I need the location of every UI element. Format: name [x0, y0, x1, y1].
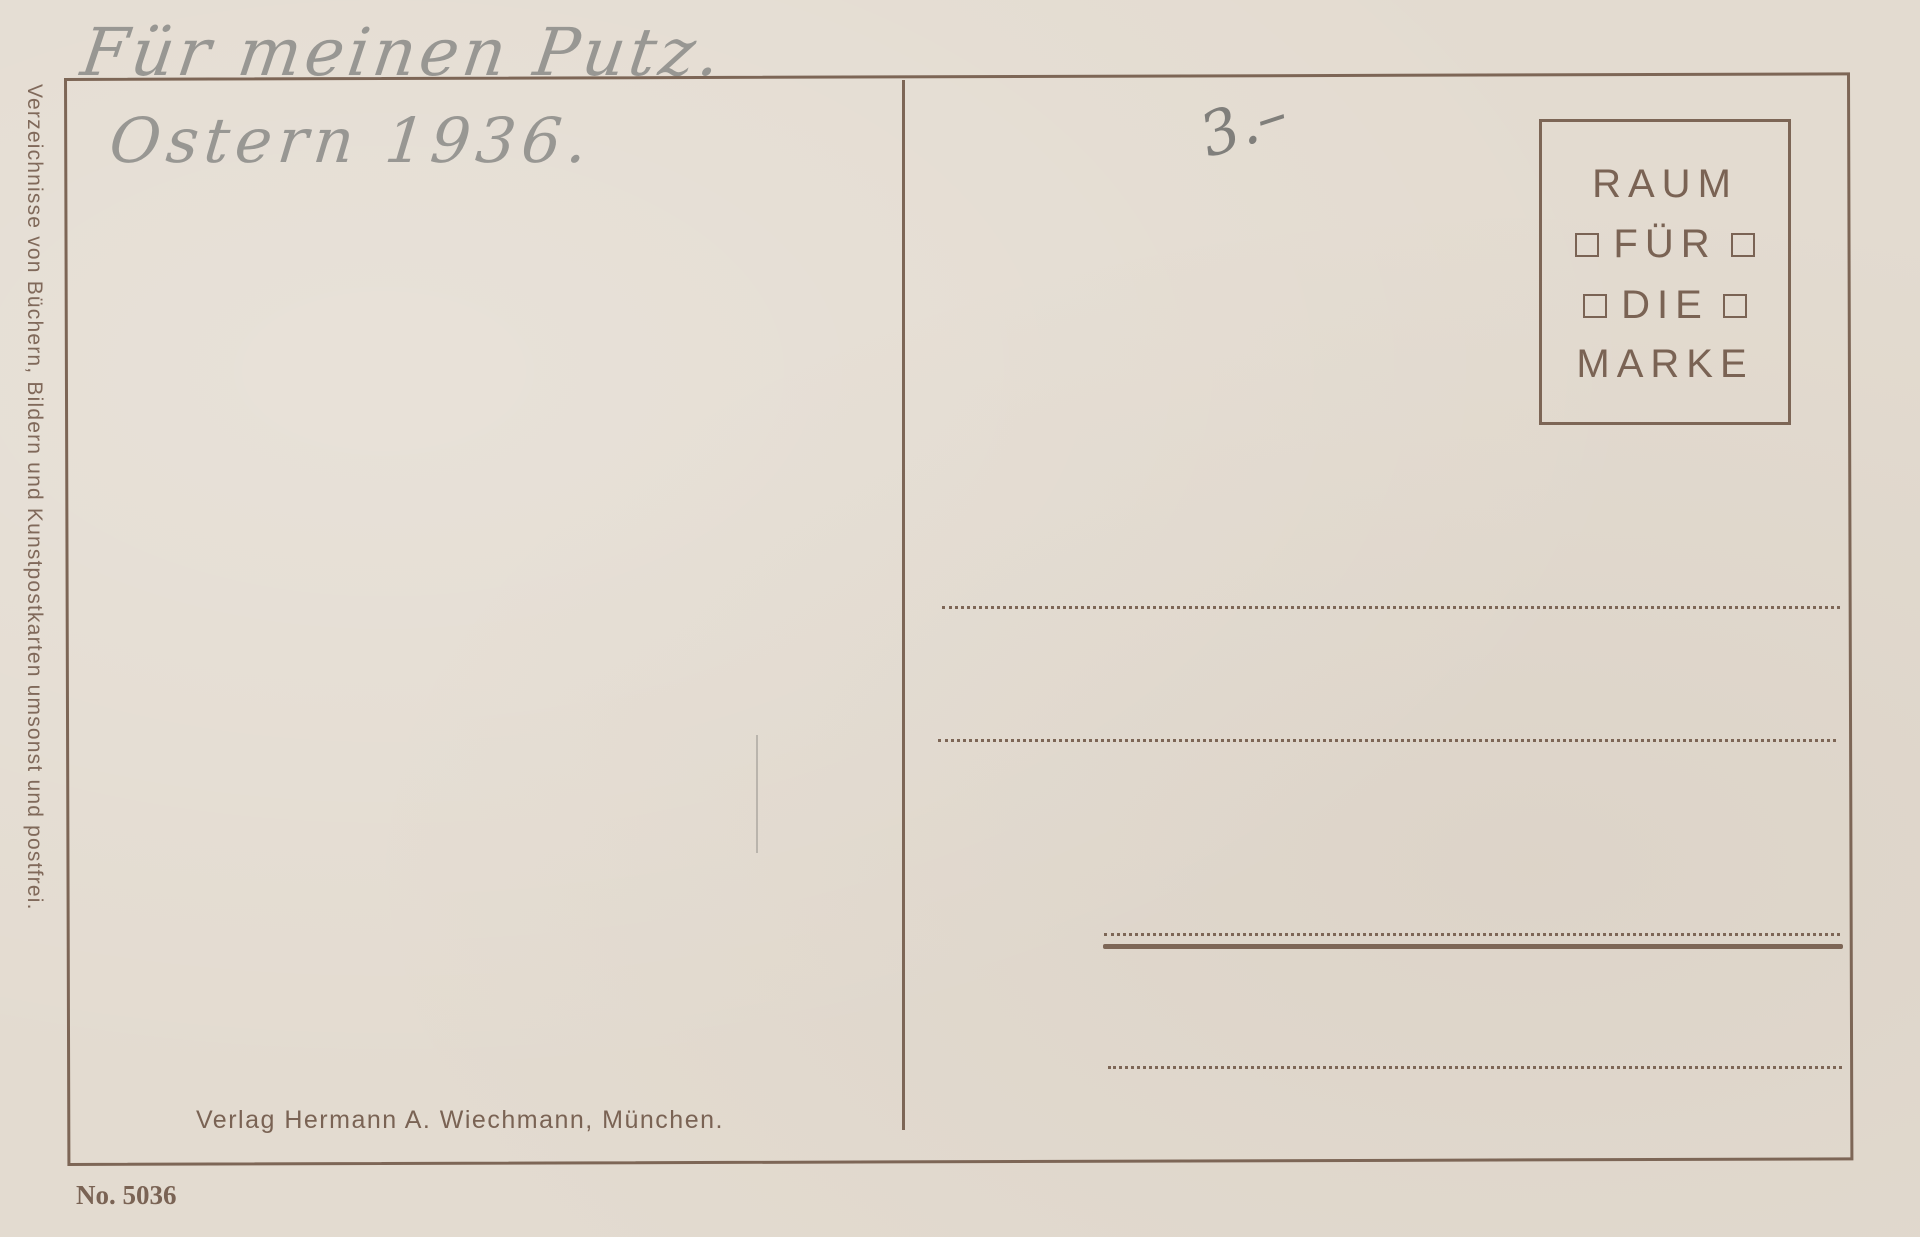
address-line-4: [1108, 1066, 1842, 1069]
stamp-label-row-3: DIE: [1542, 283, 1788, 328]
address-line-2: [938, 739, 1836, 742]
message-address-divider: [902, 80, 905, 1130]
stamp-label-fuer: FÜR: [1613, 222, 1716, 267]
square-ornament-icon: [1723, 294, 1747, 318]
pencil-mark: [756, 735, 758, 853]
address-line-1: [942, 606, 1840, 609]
square-ornament-icon: [1575, 233, 1599, 257]
catalog-number: No. 5036: [76, 1180, 177, 1211]
square-ornament-icon: [1583, 294, 1607, 318]
side-advert-text: Verzeichnisse von Büchern, Bildern und K…: [24, 84, 45, 1184]
square-ornament-icon: [1731, 233, 1755, 257]
address-underline-solid: [1103, 944, 1843, 949]
address-line-3: [1104, 933, 1840, 936]
stamp-label-row-2: FÜR: [1542, 222, 1788, 267]
stamp-label-marke: MARKE: [1576, 342, 1753, 387]
stamp-box: RAUM FÜR DIE MARKE: [1539, 119, 1791, 425]
stamp-label-row-4: MARKE: [1542, 342, 1788, 387]
publisher-imprint: Verlag Hermann A. Wiechmann, München.: [196, 1106, 724, 1135]
stamp-label-raum: RAUM: [1592, 162, 1738, 207]
stamp-label-die: DIE: [1621, 283, 1709, 328]
stamp-label-row-1: RAUM: [1542, 162, 1788, 207]
